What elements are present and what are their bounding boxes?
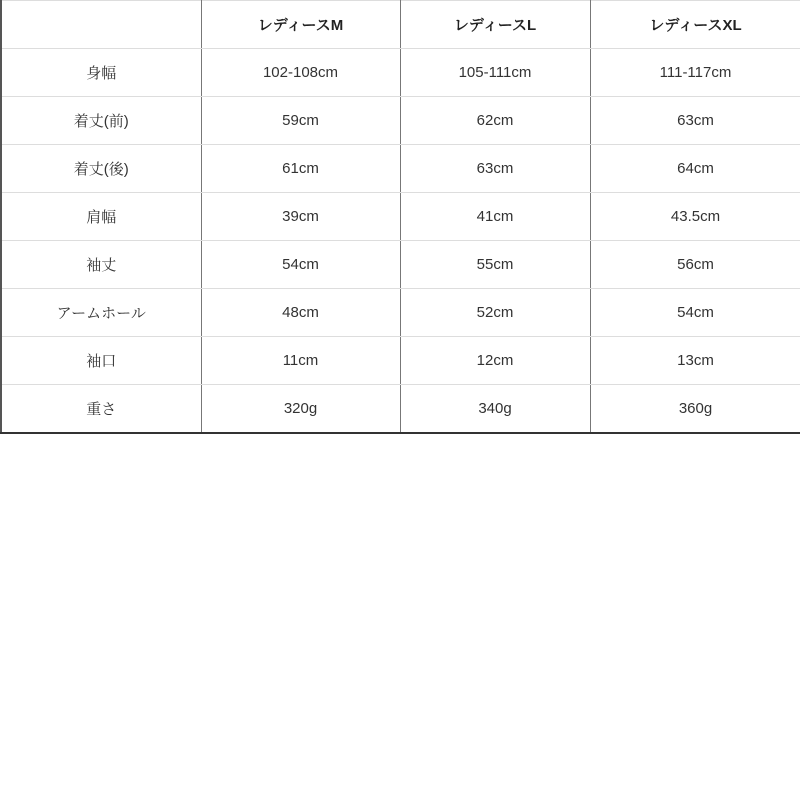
measurement-value: 54cm (590, 289, 800, 337)
measurement-value: 61cm (201, 145, 400, 193)
measurement-value: 360g (590, 385, 800, 433)
size-chart-body: 身幅 102-108cm 105-111cm 111-117cm 着丈(前) 5… (1, 49, 800, 433)
measurement-value: 64cm (590, 145, 800, 193)
measurement-value: 59cm (201, 97, 400, 145)
measurement-value: 56cm (590, 241, 800, 289)
measurement-value: 55cm (400, 241, 590, 289)
measurement-value: 340g (400, 385, 590, 433)
table-row-sleeve-length: 袖丈 54cm 55cm 56cm (1, 241, 800, 289)
measurement-value: 41cm (400, 193, 590, 241)
measurement-value: 54cm (201, 241, 400, 289)
table-row-length-back: 着丈(後) 61cm 63cm 64cm (1, 145, 800, 193)
table-row-cuff: 袖口 11cm 12cm 13cm (1, 337, 800, 385)
header-cell-ladies-m: レディースM (201, 1, 400, 49)
measurement-label: 袖口 (1, 337, 201, 385)
table-row-body-width: 身幅 102-108cm 105-111cm 111-117cm (1, 49, 800, 97)
header-row: レディースM レディースL レディースXL (1, 1, 800, 49)
measurement-label: 肩幅 (1, 193, 201, 241)
measurement-value: 43.5cm (590, 193, 800, 241)
table-row-shoulder-width: 肩幅 39cm 41cm 43.5cm (1, 193, 800, 241)
measurement-value: 11cm (201, 337, 400, 385)
header-cell-empty (1, 1, 201, 49)
measurement-label: 着丈(前) (1, 97, 201, 145)
table-row-length-front: 着丈(前) 59cm 62cm 63cm (1, 97, 800, 145)
measurement-value: 320g (201, 385, 400, 433)
measurement-value: 102-108cm (201, 49, 400, 97)
measurement-value: 63cm (400, 145, 590, 193)
size-chart-header: レディースM レディースL レディースXL (1, 1, 800, 49)
measurement-value: 63cm (590, 97, 800, 145)
table-row-armhole: アームホール 48cm 52cm 54cm (1, 289, 800, 337)
page: レディースM レディースL レディースXL 身幅 102-108cm 105-1… (0, 0, 800, 800)
measurement-label: アームホール (1, 289, 201, 337)
measurement-value: 39cm (201, 193, 400, 241)
header-cell-ladies-l: レディースL (400, 1, 590, 49)
measurement-label: 着丈(後) (1, 145, 201, 193)
measurement-value: 48cm (201, 289, 400, 337)
table-row-weight: 重さ 320g 340g 360g (1, 385, 800, 433)
size-chart-table: レディースM レディースL レディースXL 身幅 102-108cm 105-1… (0, 0, 800, 434)
measurement-label: 身幅 (1, 49, 201, 97)
measurement-value: 52cm (400, 289, 590, 337)
measurement-value: 105-111cm (400, 49, 590, 97)
measurement-value: 13cm (590, 337, 800, 385)
measurement-label: 重さ (1, 385, 201, 433)
header-cell-ladies-xl: レディースXL (590, 1, 800, 49)
measurement-value: 62cm (400, 97, 590, 145)
measurement-label: 袖丈 (1, 241, 201, 289)
measurement-value: 12cm (400, 337, 590, 385)
measurement-value: 111-117cm (590, 49, 800, 97)
